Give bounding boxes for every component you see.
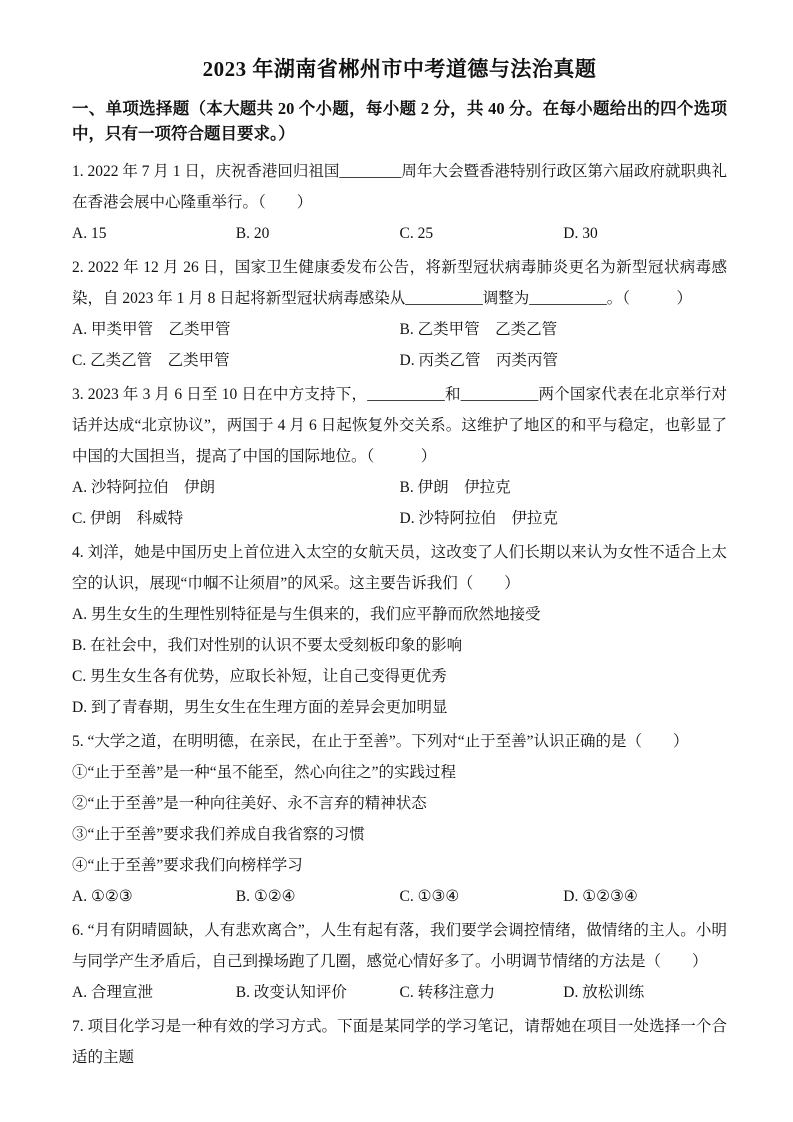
question-stem: 5. “大学之道，在明明德，在亲民，在止于至善”。下列对“止于至善”认识正确的是… xyxy=(72,726,727,757)
options-row: A. 甲类甲管 乙类甲管B. 乙类甲管 乙类乙管C. 乙类乙管 乙类甲管D. 丙… xyxy=(72,314,727,376)
question-3: 3. 2023 年 3 月 6 日至 10 日在中方支持下，__________… xyxy=(72,379,727,534)
question-subitem: ④“止于至善”要求我们向榜样学习 xyxy=(72,850,727,881)
option: D. 到了青春期，男生女生在生理方面的差异会更加明显 xyxy=(72,692,727,723)
option: B. 伊朗 伊拉克 xyxy=(400,472,728,503)
options-row: A. 合理宣泄B. 改变认知评价C. 转移注意力D. 放松训练 xyxy=(72,977,727,1008)
options-row: A. ①②③B. ①②④C. ①③④D. ①②③④ xyxy=(72,881,727,912)
option: A. 15 xyxy=(72,218,236,249)
option: C. 25 xyxy=(400,218,564,249)
question-stem: 6. “月有阴晴圆缺，人有悲欢离合”，人生有起有落，我们要学会调控情绪，做情绪的… xyxy=(72,915,727,977)
section-header: 一、单项选择题（本大题共 20 个小题，每小题 2 分，共 40 分。在每小题给… xyxy=(72,96,727,146)
option: A. 沙特阿拉伯 伊朗 xyxy=(72,472,400,503)
question-7: 7. 项目化学习是一种有效的学习方式。下面是某同学的学习笔记，请帮她在项目一处选… xyxy=(72,1011,727,1073)
question-subitem: ③“止于至善”要求我们养成自我省察的习惯 xyxy=(72,819,727,850)
question-stem: 2. 2022 年 12 月 26 日，国家卫生健康委发布公告，将新型冠状病毒肺… xyxy=(72,252,727,314)
option: A. ①②③ xyxy=(72,881,236,912)
question-2: 2. 2022 年 12 月 26 日，国家卫生健康委发布公告，将新型冠状病毒肺… xyxy=(72,252,727,376)
question-stem: 1. 2022 年 7 月 1 日，庆祝香港回归祖国________周年大会暨香… xyxy=(72,156,727,218)
option: D. 沙特阿拉伯 伊拉克 xyxy=(400,503,728,534)
question-4: 4. 刘洋，她是中国历史上首位进入太空的女航天员，这改变了人们长期以来认为女性不… xyxy=(72,537,727,723)
option: B. 改变认知评价 xyxy=(236,977,400,1008)
option: C. 伊朗 科威特 xyxy=(72,503,400,534)
page-title: 2023 年湖南省郴州市中考道德与法治真题 xyxy=(72,54,727,84)
question-1: 1. 2022 年 7 月 1 日，庆祝香港回归祖国________周年大会暨香… xyxy=(72,156,727,249)
question-stem: 3. 2023 年 3 月 6 日至 10 日在中方支持下，__________… xyxy=(72,379,727,472)
question-stem: 4. 刘洋，她是中国历史上首位进入太空的女航天员，这改变了人们长期以来认为女性不… xyxy=(72,537,727,599)
question-6: 6. “月有阴晴圆缺，人有悲欢离合”，人生有起有落，我们要学会调控情绪，做情绪的… xyxy=(72,915,727,1008)
option: C. 乙类乙管 乙类甲管 xyxy=(72,345,400,376)
option: D. 放松训练 xyxy=(563,977,727,1008)
option: B. ①②④ xyxy=(236,881,400,912)
options-row: A. 沙特阿拉伯 伊朗B. 伊朗 伊拉克C. 伊朗 科威特D. 沙特阿拉伯 伊拉… xyxy=(72,472,727,534)
exam-page: 2023 年湖南省郴州市中考道德与法治真题 一、单项选择题（本大题共 20 个小… xyxy=(0,0,793,1122)
question-subitem: ①“止于至善”是一种“虽不能至，然心向往之”的实践过程 xyxy=(72,757,727,788)
option: A. 合理宣泄 xyxy=(72,977,236,1008)
option: C. ①③④ xyxy=(400,881,564,912)
option: B. 乙类甲管 乙类乙管 xyxy=(400,314,728,345)
question-5: 5. “大学之道，在明明德，在亲民，在止于至善”。下列对“止于至善”认识正确的是… xyxy=(72,726,727,912)
options-row: A. 男生女生的生理性别特征是与生俱来的，我们应平静而欣然地接受B. 在社会中，… xyxy=(72,599,727,723)
option: B. 在社会中，我们对性别的认识不要太受刻板印象的影响 xyxy=(72,630,727,661)
option: A. 男生女生的生理性别特征是与生俱来的，我们应平静而欣然地接受 xyxy=(72,599,727,630)
option: D. 30 xyxy=(563,218,727,249)
option: D. ①②③④ xyxy=(563,881,727,912)
question-subitem: ②“止于至善”是一种向往美好、永不言弃的精神状态 xyxy=(72,788,727,819)
option: D. 丙类乙管 丙类丙管 xyxy=(400,345,728,376)
option: A. 甲类甲管 乙类甲管 xyxy=(72,314,400,345)
question-stem: 7. 项目化学习是一种有效的学习方式。下面是某同学的学习笔记，请帮她在项目一处选… xyxy=(72,1011,727,1073)
options-row: A. 15B. 20C. 25D. 30 xyxy=(72,218,727,249)
option: C. 男生女生各有优势，应取长补短，让自己变得更优秀 xyxy=(72,661,727,692)
option: C. 转移注意力 xyxy=(400,977,564,1008)
question-list: 1. 2022 年 7 月 1 日，庆祝香港回归祖国________周年大会暨香… xyxy=(72,156,727,1073)
option: B. 20 xyxy=(236,218,400,249)
